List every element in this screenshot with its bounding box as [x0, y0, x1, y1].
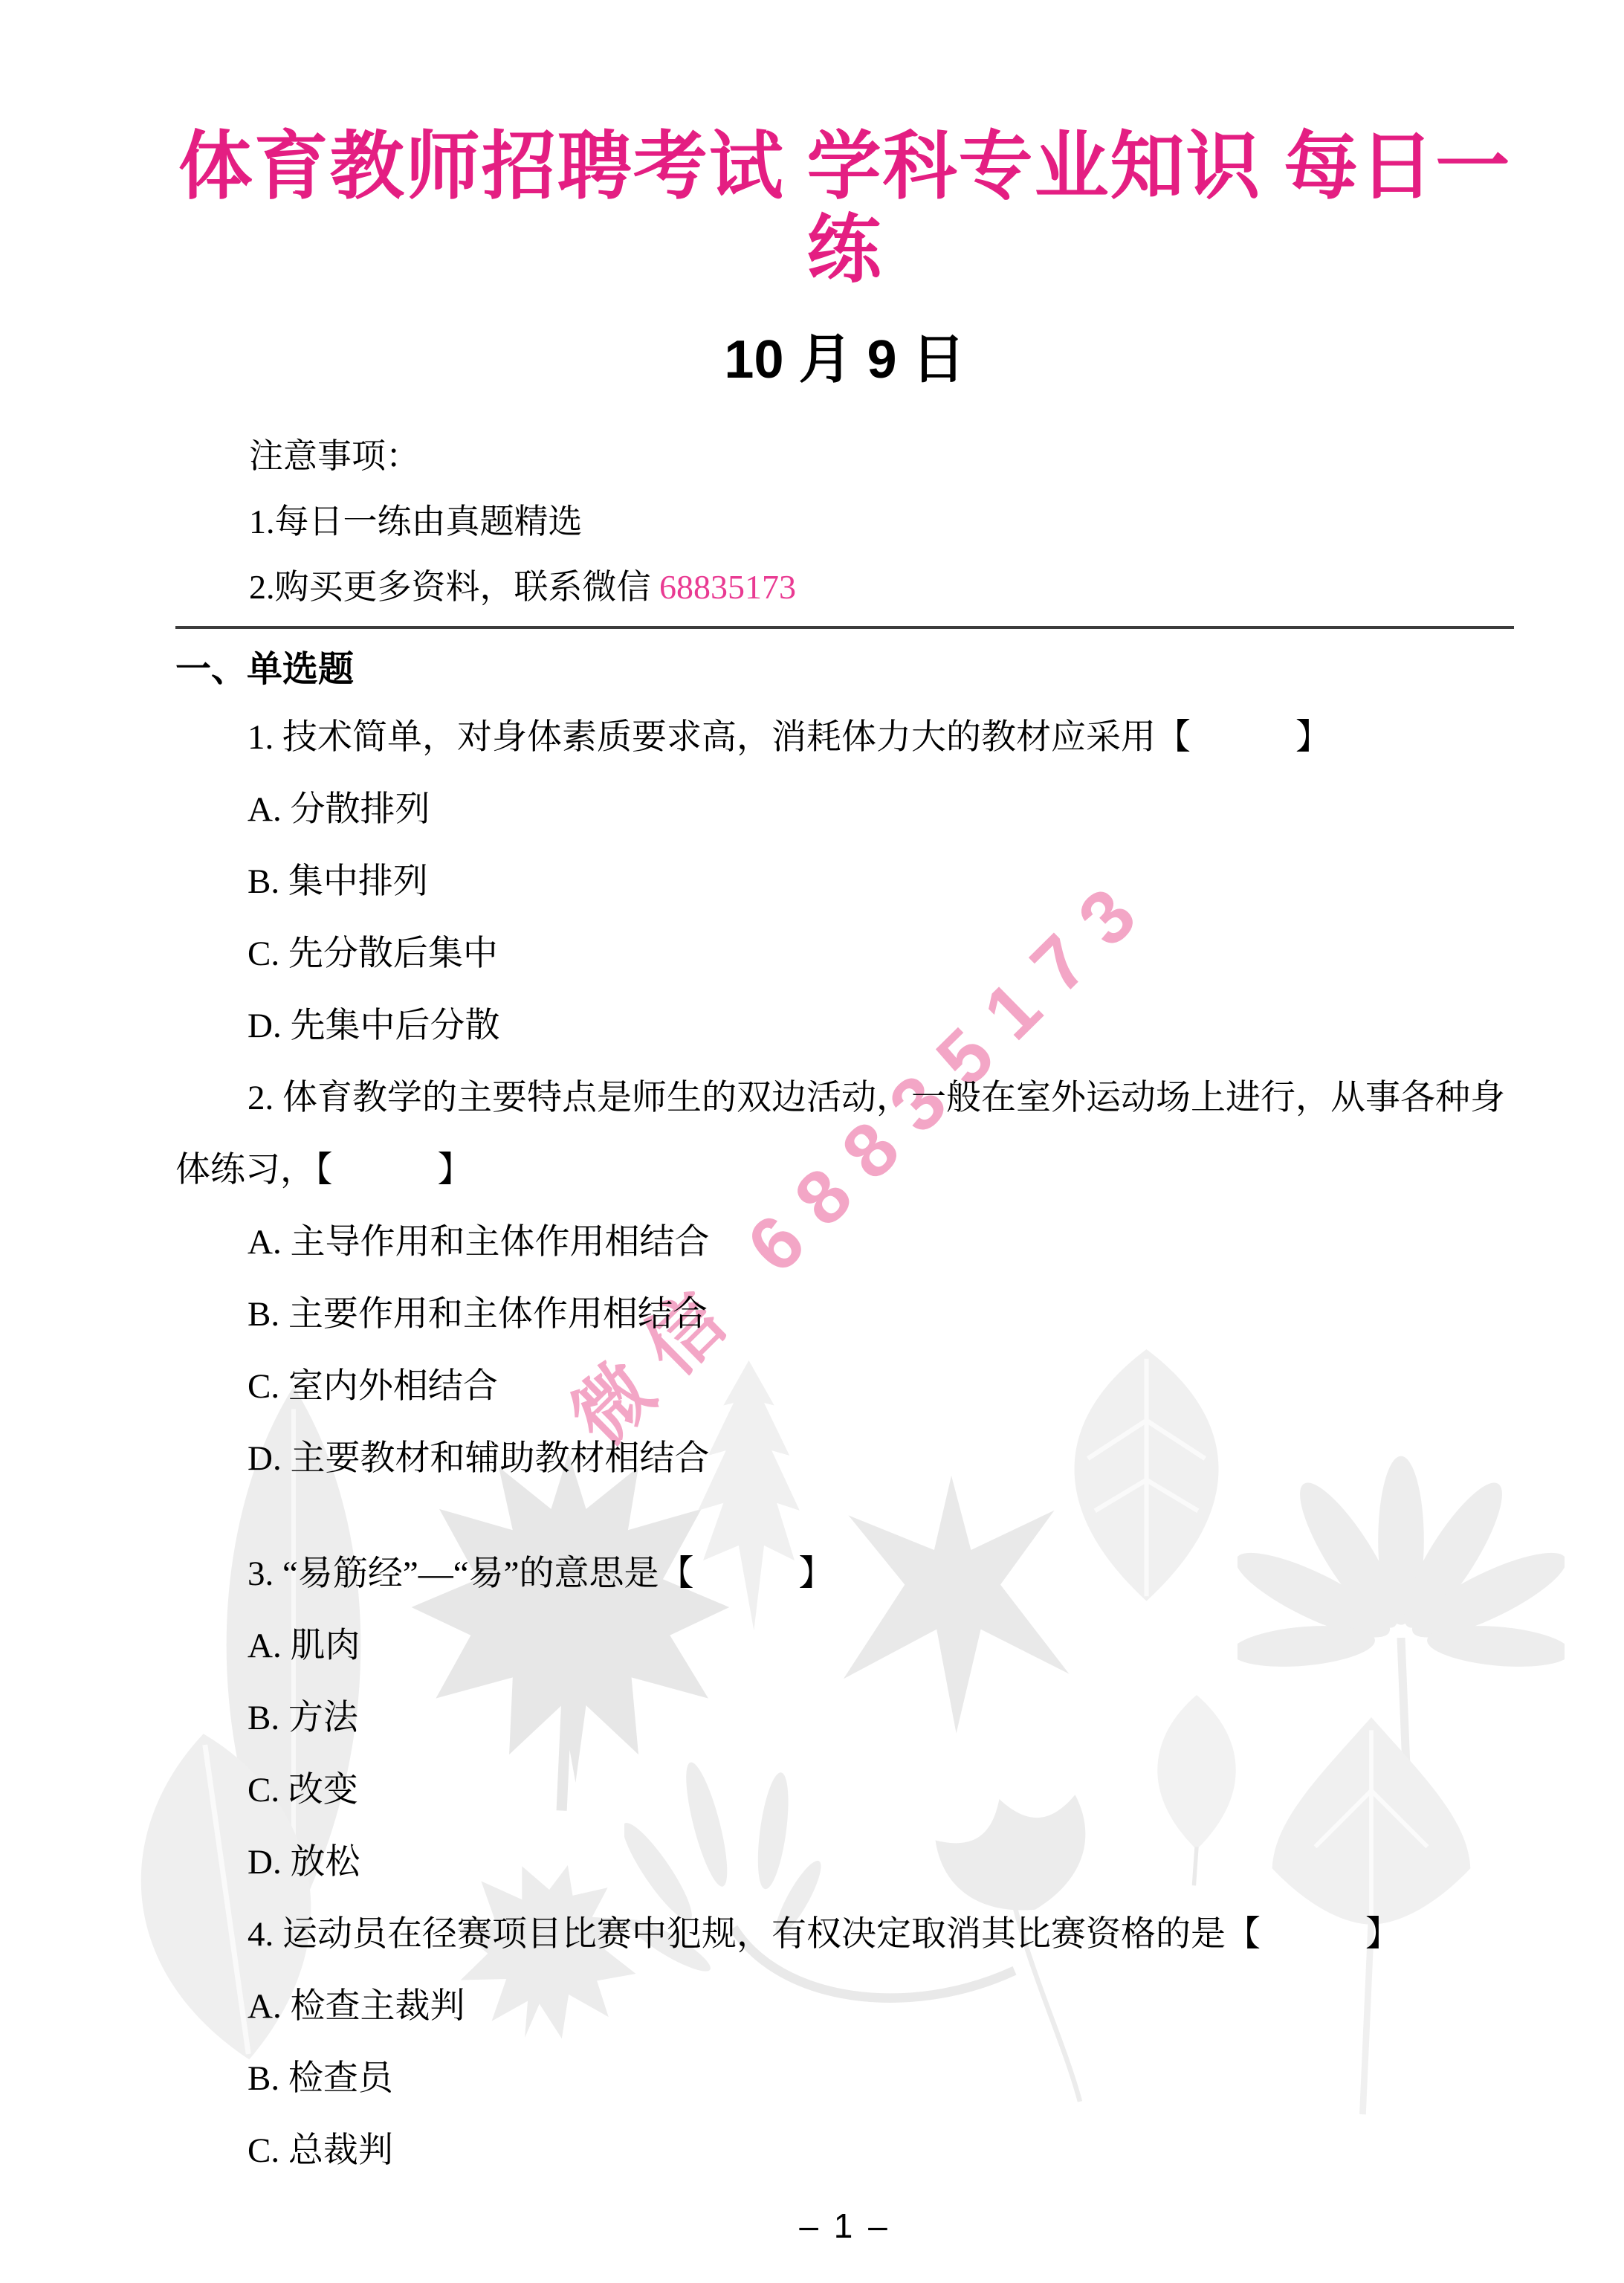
question-4-option-a: A. 检查主裁判 [175, 1971, 1514, 2043]
note-item-1: 1.每日一练由真题精选 [175, 489, 1514, 555]
question-1: 1. 技术简单，对身体素质要求高，消耗体力大的教材应采用【 】 A. 分散排列 … [175, 702, 1514, 1062]
question-2-option-a: A. 主导作用和主体作用相结合 [175, 1207, 1514, 1279]
question-4-text: 4. 运动员在径赛项目比赛中犯规，有权决定取消其比赛资格的是【 】 [175, 1899, 1514, 1971]
question-3-text: 3. “易筋经”—“易”的意思是【 】 [175, 1538, 1514, 1610]
question-3-option-b: B. 方法 [175, 1682, 1514, 1754]
wechat-number: 68835173 [659, 568, 796, 606]
question-3-option-d: D. 放松 [175, 1827, 1514, 1899]
question-3-option-c: C. 改变 [175, 1754, 1514, 1827]
question-1-option-b: B. 集中排列 [175, 846, 1514, 918]
document-subtitle: 10 月 9 日 [175, 330, 1514, 390]
notes-section: 注意事项： 1.每日一练由真题精选 2.购买更多资料，联系微信 68835173 [175, 424, 1514, 620]
question-3: 3. “易筋经”—“易”的意思是【 】 A. 肌肉 B. 方法 C. 改变 D.… [175, 1538, 1514, 1899]
note-item-2: 2.购买更多资料，联系微信 68835173 [175, 555, 1514, 620]
question-2: 2. 体育教学的主要特点是师生的双边活动，一般在室外运动场上进行，从事各种身体练… [175, 1062, 1514, 1495]
question-1-option-a: A. 分散排列 [175, 774, 1514, 846]
document-title: 体育教师招聘考试 学科专业知识 每日一练 [175, 125, 1514, 291]
question-1-option-d: D. 先集中后分散 [175, 990, 1514, 1062]
notes-heading: 注意事项： [175, 424, 1514, 489]
document-page: 微信 68835173 体育教师招聘考试 学科专业知识 每日一练 10 月 9 … [0, 0, 1624, 2283]
question-2-option-c: C. 室内外相结合 [175, 1351, 1514, 1423]
question-1-text: 1. 技术简单，对身体素质要求高，消耗体力大的教材应采用【 】 [175, 702, 1514, 774]
question-2-option-b: B. 主要作用和主体作用相结合 [175, 1279, 1514, 1351]
section-heading: 一、单选题 [175, 648, 1514, 691]
document-content: 体育教师招聘考试 学科专业知识 每日一练 10 月 9 日 注意事项： 1.每日… [0, 125, 1624, 2247]
note-item-2-text: 2.购买更多资料，联系微信 [249, 568, 659, 606]
section-divider [175, 626, 1514, 629]
question-list: 1. 技术简单，对身体素质要求高，消耗体力大的教材应采用【 】 A. 分散排列 … [175, 702, 1514, 2187]
question-4-option-c: C. 总裁判 [175, 2115, 1514, 2187]
question-2-text: 2. 体育教学的主要特点是师生的双边活动，一般在室外运动场上进行，从事各种身体练… [175, 1062, 1514, 1207]
page-number: – 1 – [175, 2205, 1514, 2247]
question-4: 4. 运动员在径赛项目比赛中犯规，有权决定取消其比赛资格的是【 】 A. 检查主… [175, 1899, 1514, 2187]
question-4-option-b: B. 检查员 [175, 2043, 1514, 2115]
question-2-option-d: D. 主要教材和辅助教材相结合 [175, 1423, 1514, 1495]
question-3-option-a: A. 肌肉 [175, 1610, 1514, 1682]
question-1-option-c: C. 先分散后集中 [175, 918, 1514, 990]
